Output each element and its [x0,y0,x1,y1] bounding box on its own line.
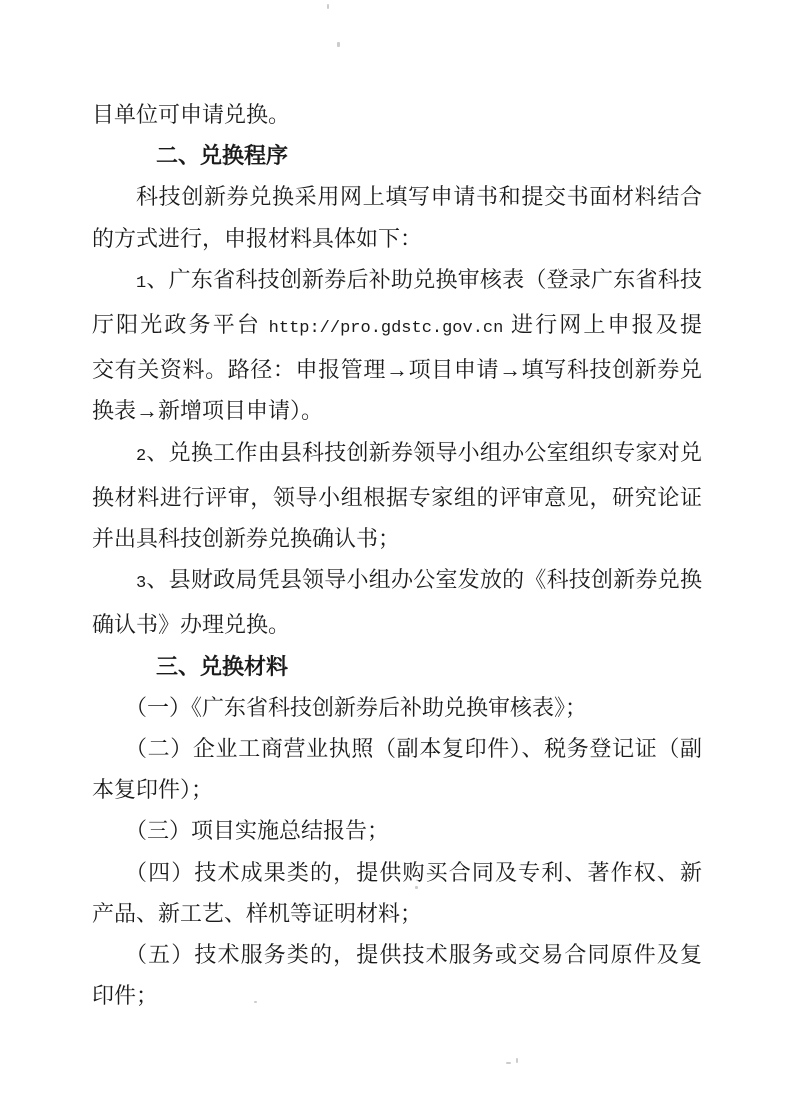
section-heading: 三、兑换材料 [92,646,702,687]
paragraph: 3、县财政局凭县领导小组办公室发放的《科技创新券兑换确认书》办理兑换。 [92,559,702,645]
paragraph: （四）技术成果类的，提供购买合同及专利、著作权、新产品、新工艺、样机等证明材料； [92,852,702,934]
text-line: （四）技术成果类的，提供购买合同及专利、著作权、新 [92,852,702,893]
document-body: 目单位可申请兑换。二、兑换程序科技创新券兑换采用网上填写申请书和提交书面材料结合… [92,94,702,1016]
text-line: 三、兑换材料 [92,646,702,687]
paragraph: 2、兑换工作由县科技创新券领导小组办公室组织专家对兑换材料进行评审，领导小组根据… [92,432,702,560]
latin-text: 3 [136,574,146,593]
section-heading: 二、兑换程序 [92,135,702,176]
text-line: 1、广东省科技创新券后补助兑换审核表（登录广东省科技 [92,259,702,304]
text-line: 确认书》办理兑换。 [92,604,702,645]
paragraph: （二）企业工商营业执照（副本复印件）、税务登记证（副本复印件）； [92,728,702,810]
text-line: （二）企业工商营业执照（副本复印件）、税务登记证（副 [92,728,702,769]
text-line: 换材料进行评审，领导小组根据专家组的评审意见，研究论证 [92,477,702,518]
scan-speck [254,1001,257,1003]
text-line: （一）《广东省科技创新券后补助兑换审核表》； [92,687,702,728]
latin-text: http://pro.gdstc.gov.cn [269,319,504,338]
text-line: 本复印件）； [92,769,702,810]
text-line: 并出具科技创新券兑换确认书； [92,518,702,559]
scan-speck [506,1062,511,1064]
text-line: （三）项目实施总结报告； [92,810,702,851]
text-line: 二、兑换程序 [92,135,702,176]
text-line: 换表→新增项目申请）。 [92,390,702,431]
text-line: 2、兑换工作由县科技创新券领导小组办公室组织专家对兑 [92,432,702,477]
paragraph: （一）《广东省科技创新券后补助兑换审核表》； [92,687,702,728]
text-line: 目单位可申请兑换。 [92,94,702,135]
scan-speck [327,4,329,9]
scan-speck [337,42,340,47]
text-line: 的方式进行，申报材料具体如下： [92,218,702,259]
paragraph: 1、广东省科技创新券后补助兑换审核表（登录广东省科技厅阳光政务平台 http:/… [92,259,702,432]
text-line: （五）技术服务类的，提供技术服务或交易合同原件及复 [92,934,702,975]
scan-speck [415,886,418,889]
text-line: 科技创新券兑换采用网上填写申请书和提交书面材料结合 [92,176,702,217]
text-line: 印件； [92,975,702,1016]
text-line: 3、县财政局凭县领导小组办公室发放的《科技创新券兑换 [92,559,702,604]
scan-speck [516,1058,518,1063]
paragraph: 科技创新券兑换采用网上填写申请书和提交书面材料结合的方式进行，申报材料具体如下： [92,176,702,258]
document-page: 目单位可申请兑换。二、兑换程序科技创新券兑换采用网上填写申请书和提交书面材料结合… [0,0,788,1119]
paragraph: （三）项目实施总结报告； [92,810,702,851]
text-line: 产品、新工艺、样机等证明材料； [92,893,702,934]
paragraph: （五）技术服务类的，提供技术服务或交易合同原件及复印件； [92,934,702,1016]
text-line: 厅阳光政务平台 http://pro.gdstc.gov.cn 进行网上申报及提 [92,304,702,349]
latin-text: 1 [136,274,146,293]
paragraph: 目单位可申请兑换。 [92,94,702,135]
text-line: 交有关资料。路径：申报管理→项目申请→填写科技创新券兑 [92,349,702,390]
latin-text: 2 [136,447,146,466]
